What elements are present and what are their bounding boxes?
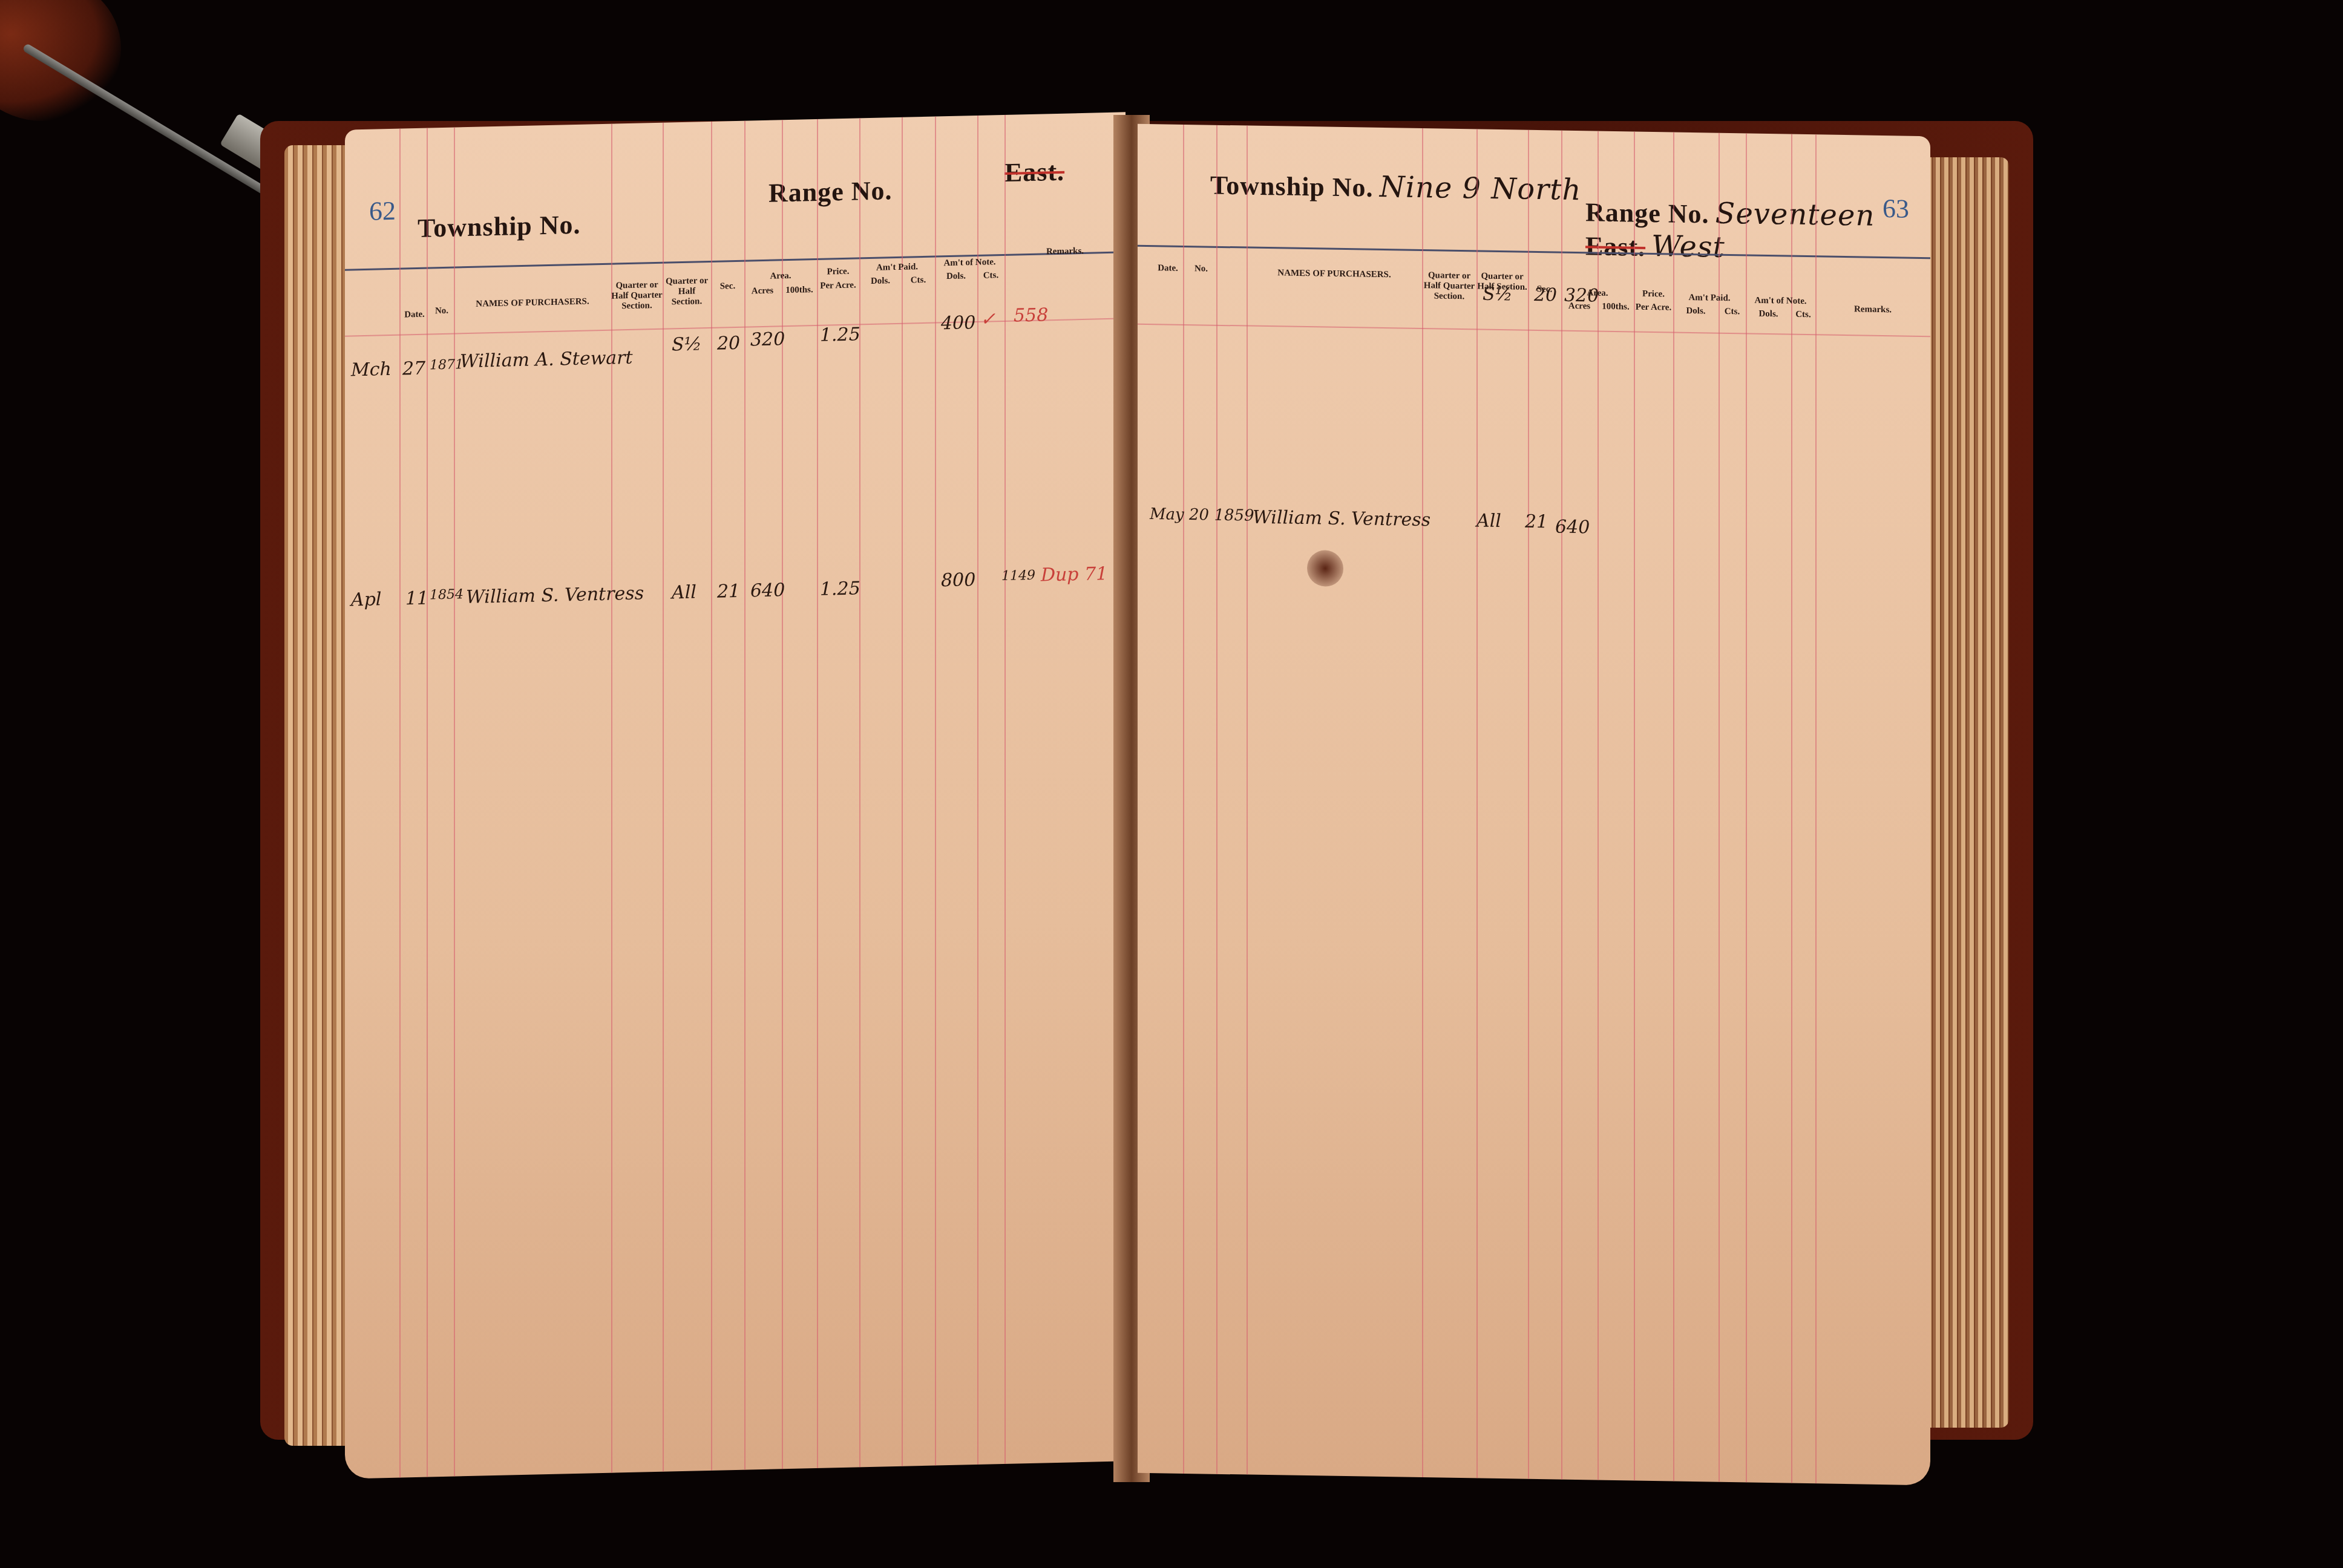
range-label: Range No. [768, 175, 893, 209]
ledger-page-right: 63 Township No.Nine 9 North Range No.Sev… [1138, 124, 1930, 1486]
acres: 320 [1564, 285, 1599, 307]
date: May 20 1859 [1150, 505, 1254, 525]
page-edges-right [1924, 157, 2009, 1428]
col-area-acres: Acres [744, 286, 781, 296]
township-label: Township No. [418, 209, 581, 244]
quarter-half: S½ [672, 333, 702, 355]
col-names: NAMES OF PURCHASERS. [1253, 268, 1416, 281]
acres: 320 [750, 328, 785, 350]
ruling [1561, 131, 1562, 1480]
acres: 640 [1555, 517, 1590, 538]
purchaser-name: William S. Ventress [466, 583, 644, 608]
date-month: Mch [351, 359, 392, 381]
date-day: 27 [402, 358, 425, 380]
purchaser-name: William S. Ventress [1253, 507, 1430, 531]
ruling [1634, 132, 1635, 1481]
price: 1.25 [820, 578, 860, 600]
col-quarter-half: Quarter or Half Section. [663, 276, 711, 308]
ink-stain [1307, 550, 1343, 587]
ruling [1422, 128, 1423, 1477]
quarter-half: S½ [1483, 284, 1513, 305]
remarks: 558 [1014, 304, 1048, 326]
col-no: No. [430, 306, 454, 317]
col-remarks: Remarks. [1004, 245, 1126, 258]
col-price-per-acre: Per Acre. [817, 280, 859, 292]
column-headers: Date. No. NAMES OF PURCHASERS. Quarter o… [345, 257, 1126, 341]
col-date: Date. [402, 310, 427, 321]
section: 21 [1525, 511, 1548, 533]
township-heading: Township No.Nine 9 North [1210, 168, 1581, 207]
remarks-number: 1149 [1001, 568, 1035, 584]
col-paid-dols: Dols. [859, 276, 902, 287]
ruling [1815, 134, 1817, 1483]
direction-label: East. [1585, 231, 1645, 262]
col-paid-cts: Cts. [902, 275, 935, 286]
ruling [1183, 125, 1184, 1474]
col-quarter-half-quarter: Quarter or Half Quarter Section. [611, 280, 663, 312]
col-names: NAMES OF PURCHASERS. [460, 296, 605, 310]
date-day: 11 [405, 588, 428, 610]
note-dols: 800 [941, 569, 975, 591]
page-number: 62 [369, 195, 396, 227]
ruling [1476, 129, 1478, 1478]
col-price: Price. [817, 266, 859, 278]
col-no: No. [1186, 264, 1216, 275]
col-amt-paid: Am't Paid. [859, 262, 935, 274]
ledger-row: May 20 1859 William S. Ventress All 21 6… [1138, 505, 1930, 560]
check-mark: ✓ [980, 309, 995, 330]
ruling [1247, 126, 1248, 1475]
price: 1.25 [820, 324, 860, 346]
section: 20 [717, 333, 740, 354]
direction-label: East. [1004, 156, 1064, 188]
col-amt-note: Am't of Note. [935, 257, 1004, 269]
range-value: Seventeen [1715, 197, 1875, 233]
ledger-row: Mch 27 1871 William A. Stewart S½ 20 320… [345, 342, 1126, 402]
section: 20 [1534, 284, 1557, 306]
ruling [1791, 134, 1792, 1483]
acres: 640 [750, 580, 785, 601]
col-sec: Sec. [711, 281, 744, 292]
ruling [1719, 133, 1720, 1482]
township-label: Township No. [1210, 171, 1374, 203]
col-area-100ths: 100ths. [782, 285, 817, 296]
note-dols: 400 [941, 312, 975, 334]
date-month: Apl [351, 589, 381, 610]
quarter-half: All [672, 581, 696, 603]
ruling [1528, 130, 1529, 1479]
ledger-row: Apl 11 1854 William S. Ventress All 21 6… [345, 572, 1126, 632]
col-note-dols: Dols. [935, 271, 977, 283]
range-label: Range No. [1585, 197, 1709, 229]
col-date: Date. [1153, 263, 1183, 274]
purchaser-name: William A. Stewart [460, 347, 633, 372]
year: 1854 [430, 587, 464, 603]
direction-value: West [1651, 229, 1725, 264]
remarks: Dup 71 [1041, 563, 1107, 586]
hand [0, 0, 121, 121]
col-area: Area. [744, 270, 817, 283]
ruling [1597, 131, 1599, 1480]
section: 21 [717, 581, 740, 603]
ledger-page-left: 62 Township No. Range No. East. Date. No… [345, 112, 1126, 1478]
township-value: Nine 9 North [1380, 170, 1582, 207]
year: 1871 [430, 357, 464, 373]
quarter-half: All [1476, 511, 1501, 532]
ruling [1746, 133, 1747, 1482]
ruling [1216, 125, 1217, 1474]
col-note-cts: Cts. [977, 270, 1004, 281]
ruling [1673, 132, 1674, 1481]
